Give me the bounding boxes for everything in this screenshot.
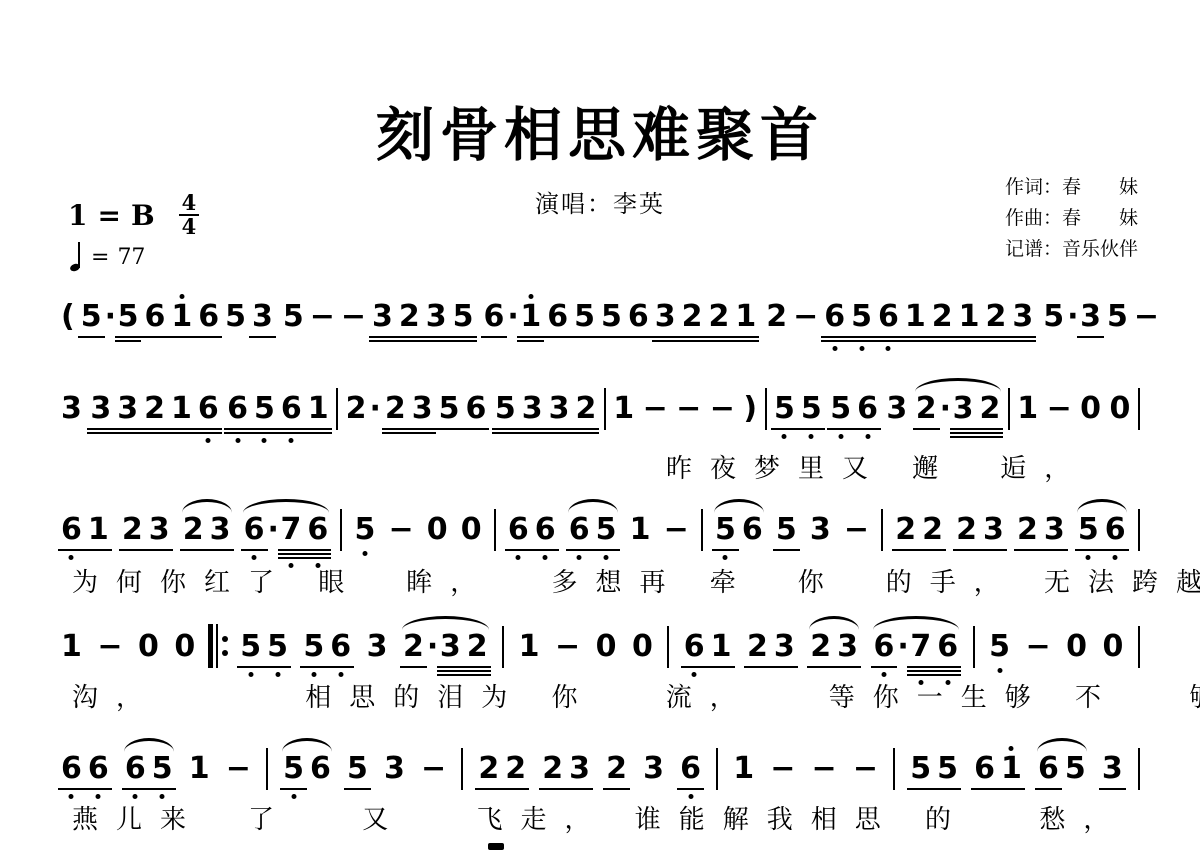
- note-group: −: [1131, 301, 1162, 333]
- octave-dot-below: [1086, 555, 1091, 560]
- octave-dot-below: [262, 438, 267, 443]
- note: 6: [854, 393, 881, 425]
- key-equals: =: [97, 199, 120, 232]
- note-group: −: [790, 301, 821, 333]
- note: −: [1022, 631, 1053, 663]
- note: 0: [1063, 631, 1090, 663]
- note: 6: [58, 753, 85, 785]
- barline: [716, 748, 718, 790]
- note-group: 65: [544, 301, 598, 333]
- music-line-3: 6123236·765−0066651−5653−22232356: [58, 510, 1142, 546]
- lyric-line-1: 昨夜梦里又 邂 逅，: [666, 448, 1088, 485]
- note: 5: [934, 753, 961, 785]
- octave-dot-below: [516, 555, 521, 560]
- note: 2: [929, 301, 956, 333]
- lyric-line-2: 为何你红了 眼 眸， 多想再 牵 你 的手， 无法跨越世俗鸿: [72, 562, 1200, 599]
- note: ): [740, 393, 760, 425]
- note-group: −: [338, 301, 369, 333]
- note: 3: [883, 393, 910, 425]
- octave-dot-below: [859, 346, 864, 351]
- note-group: 0: [593, 631, 620, 663]
- note-group: 56: [827, 393, 881, 425]
- credit-lyricist: 作词：春 妹: [1005, 172, 1138, 203]
- key-letter: B: [131, 199, 155, 232]
- note: 6: [463, 393, 490, 425]
- note: 2: [400, 631, 427, 663]
- lyric-line-4: 燕儿来 了 又 飞走， 谁能解我相思 的 愁， 刻骨相思难 聚: [72, 799, 1200, 836]
- note-group: 3: [249, 301, 276, 333]
- note: 1: [85, 514, 112, 546]
- note-group: 55: [907, 753, 961, 785]
- octave-dot-below: [865, 434, 870, 439]
- note-group: 3: [883, 393, 910, 425]
- note: 6: [677, 753, 704, 785]
- note-group: 2123: [929, 301, 1037, 333]
- slurred-note-group: 56: [1075, 514, 1129, 546]
- note: 5: [848, 301, 875, 333]
- note: −: [223, 753, 254, 785]
- slurred-note-group: 6·76: [241, 514, 332, 546]
- note: 6: [224, 393, 251, 425]
- credits-block: 作词：春 妹 作曲：春 妹 记谱：音乐伙伴: [1005, 172, 1138, 265]
- note: 6: [195, 301, 222, 333]
- note: 2: [679, 301, 706, 333]
- note-group: 3: [807, 514, 834, 546]
- music-line-2: 33321665612·235653321−−−)555632·321−00: [58, 389, 1142, 425]
- note-group: 5: [280, 301, 307, 333]
- note: 2: [953, 514, 980, 546]
- note: 2: [396, 301, 423, 333]
- note-group: 0: [1099, 631, 1126, 663]
- note-group: 56: [598, 301, 652, 333]
- note-group: 0: [135, 631, 162, 663]
- note: 6: [278, 393, 305, 425]
- note: 2: [180, 514, 207, 546]
- music-line-4: 1−00555632·321−006123236·765−00: [58, 627, 1142, 663]
- note-group: −: [673, 393, 704, 425]
- note-group: 3: [381, 753, 408, 785]
- note: 6: [971, 753, 998, 785]
- note: 0: [1107, 393, 1134, 425]
- note: 5: [149, 753, 176, 785]
- note: 6: [871, 631, 898, 663]
- note-group: 23: [744, 631, 798, 663]
- note-group: 23: [119, 514, 173, 546]
- note: 0: [593, 631, 620, 663]
- octave-dot-above: [179, 294, 184, 299]
- note: 5: [907, 753, 934, 785]
- octave-dot-below: [69, 555, 74, 560]
- barline: [1008, 388, 1010, 430]
- note: 3: [950, 393, 977, 425]
- octave-dot-below: [782, 434, 787, 439]
- note: 3: [1077, 301, 1104, 333]
- note: 5: [598, 301, 625, 333]
- note: 1: [516, 631, 543, 663]
- note-group: ): [740, 393, 760, 425]
- octave-dot-below: [577, 555, 582, 560]
- note: −: [94, 631, 125, 663]
- barline: [1138, 509, 1140, 551]
- note-group: 22: [475, 753, 529, 785]
- note-group: 66: [58, 753, 112, 785]
- note-group: −: [841, 514, 872, 546]
- note: 2: [913, 393, 940, 425]
- note: 6: [122, 753, 149, 785]
- lyric-line-3: 沟， 相思的泪为 你 流， 等你一生够 不 够，: [72, 677, 1200, 714]
- barline: [701, 509, 703, 551]
- note-group: 0: [1063, 631, 1090, 663]
- note-group: 5: [773, 514, 800, 546]
- note: 3: [771, 631, 798, 663]
- note: 3: [409, 393, 436, 425]
- note: 3: [364, 631, 391, 663]
- note-group: −: [418, 753, 449, 785]
- octave-dot-below: [362, 551, 367, 556]
- note: 3: [652, 301, 679, 333]
- note: 5: [712, 514, 739, 546]
- note-group: (: [58, 301, 78, 333]
- note: 6: [327, 631, 354, 663]
- note: 2: [919, 514, 946, 546]
- note: 5: [593, 514, 620, 546]
- note: 6: [85, 753, 112, 785]
- note: 2: [475, 753, 502, 785]
- repeat-start-sign: [208, 624, 228, 668]
- barline: [667, 626, 669, 668]
- note: 5: [300, 631, 327, 663]
- note-group: 1: [627, 514, 654, 546]
- note: 7: [907, 631, 934, 663]
- tempo-equals: =: [91, 245, 109, 270]
- note: 6: [195, 393, 222, 425]
- slurred-note-group: 65: [122, 753, 176, 785]
- note: 2: [763, 301, 790, 333]
- augmentation-dot: ·: [268, 514, 278, 546]
- next-line-cutoff-fragment: [488, 843, 504, 850]
- note-group: 0: [1107, 393, 1134, 425]
- note: 1: [627, 514, 654, 546]
- note: 5: [986, 631, 1013, 663]
- note: 3: [207, 514, 234, 546]
- note-group: 33216: [87, 393, 221, 425]
- note-group: 5·5: [78, 301, 142, 333]
- note-group: 0: [1077, 393, 1104, 425]
- barline: [494, 509, 496, 551]
- note: 5: [436, 393, 463, 425]
- credit-notation: 记谱：音乐伙伴: [1005, 234, 1138, 265]
- slurred-note-group: 65: [1035, 753, 1089, 785]
- augmentation-dot: ·: [427, 631, 437, 663]
- note-group: 23: [539, 753, 593, 785]
- music-line-5: 66651−5653−22232361−−−5561653: [58, 749, 1142, 785]
- note: 3: [1099, 753, 1126, 785]
- note: 3: [114, 393, 141, 425]
- note-group: 0: [171, 631, 198, 663]
- note-group: 23: [953, 514, 1007, 546]
- barline: [1138, 626, 1140, 668]
- note: 5: [827, 393, 854, 425]
- slurred-note-group: 23: [807, 631, 861, 663]
- note-group: −: [552, 631, 583, 663]
- note: 5: [280, 753, 307, 785]
- octave-dot-below: [604, 555, 609, 560]
- note-group: 55: [237, 631, 291, 663]
- note: 2: [382, 393, 409, 425]
- note: 6: [1035, 753, 1062, 785]
- quarter-note-icon: [70, 242, 83, 272]
- note: 0: [458, 514, 485, 546]
- octave-dot-below: [543, 555, 548, 560]
- note-group: 3: [1099, 753, 1126, 785]
- note: −: [673, 393, 704, 425]
- note: 3: [437, 631, 464, 663]
- note: 3: [146, 514, 173, 546]
- note: 6: [58, 514, 85, 546]
- note: 1: [998, 753, 1025, 785]
- note: 2: [744, 631, 771, 663]
- barline: [1138, 388, 1140, 430]
- note: 5: [1062, 753, 1089, 785]
- note: 5: [1040, 301, 1067, 333]
- note: 2: [119, 514, 146, 546]
- note: 5: [352, 514, 379, 546]
- note: 5: [78, 301, 105, 333]
- note-group: 1: [516, 631, 543, 663]
- note: 7: [278, 514, 305, 546]
- note: 3: [566, 753, 593, 785]
- note: 1: [168, 393, 195, 425]
- note-group: 61: [141, 301, 195, 333]
- note-group: 1: [730, 753, 757, 785]
- note: 2: [603, 753, 630, 785]
- note: −: [841, 514, 872, 546]
- note-group: −: [640, 393, 671, 425]
- augmentation-dot: ·: [369, 393, 379, 425]
- note-group: 5: [352, 514, 379, 546]
- note: 2: [976, 393, 1003, 425]
- note: 6: [307, 753, 334, 785]
- note-group: 2: [763, 301, 790, 333]
- note-group: 61: [681, 631, 735, 663]
- tempo-marking: = 77: [70, 240, 145, 274]
- octave-dot-below: [832, 346, 837, 351]
- note-group: 61: [58, 514, 112, 546]
- note: 3: [423, 301, 450, 333]
- note: −: [386, 514, 417, 546]
- note: 1: [708, 631, 735, 663]
- note-group: 1: [58, 631, 85, 663]
- octave-dot-below: [1113, 555, 1118, 560]
- tempo-value: 77: [117, 245, 145, 270]
- note: 6: [566, 514, 593, 546]
- note: 6: [625, 301, 652, 333]
- note-group: 55: [771, 393, 825, 425]
- barline: [973, 626, 975, 668]
- note: 5: [571, 301, 598, 333]
- note: 1: [902, 301, 929, 333]
- octave-dot-below: [809, 434, 814, 439]
- note: 5: [773, 514, 800, 546]
- note: 0: [629, 631, 656, 663]
- note-group: 5: [344, 753, 371, 785]
- barline: [502, 626, 504, 668]
- note: 3: [519, 393, 546, 425]
- note: 2: [892, 514, 919, 546]
- note-group: −: [94, 631, 125, 663]
- time-signature-numerator: 4: [179, 192, 200, 216]
- note: −: [1131, 301, 1162, 333]
- note: 2: [141, 393, 168, 425]
- note: 6: [681, 631, 708, 663]
- note: 3: [1009, 301, 1036, 333]
- note-group: 0: [629, 631, 656, 663]
- note-group: 5: [1104, 301, 1131, 333]
- note: −: [707, 393, 738, 425]
- note: (: [58, 301, 78, 333]
- note: 2: [807, 631, 834, 663]
- note: 6: [544, 301, 571, 333]
- note-group: −: [809, 753, 840, 785]
- barline: [765, 388, 767, 430]
- augmentation-dot: ·: [1067, 301, 1077, 333]
- note: −: [1044, 393, 1075, 425]
- note: 1: [58, 631, 85, 663]
- note: 5: [450, 301, 477, 333]
- barline: [340, 509, 342, 551]
- slurred-note-group: 23: [180, 514, 234, 546]
- note: 1: [732, 301, 759, 333]
- augmentation-dot: ·: [507, 301, 517, 333]
- barline: [266, 748, 268, 790]
- note: 1: [956, 301, 983, 333]
- key-signature: 1=B 4 4: [68, 192, 199, 238]
- note: 5: [264, 631, 291, 663]
- barline: [461, 748, 463, 790]
- note: 6: [141, 301, 168, 333]
- note: 6: [739, 514, 766, 546]
- note-group: 1: [1014, 393, 1041, 425]
- octave-dot-above: [528, 294, 533, 299]
- note: 5: [222, 301, 249, 333]
- note: 3: [381, 753, 408, 785]
- note: 3: [807, 514, 834, 546]
- note: 3: [980, 514, 1007, 546]
- octave-dot-below: [252, 555, 257, 560]
- note-group: 0: [424, 514, 451, 546]
- note: 2: [539, 753, 566, 785]
- note: 1: [610, 393, 637, 425]
- note: 5: [237, 631, 264, 663]
- note: 5: [115, 301, 142, 333]
- note-group: −: [767, 753, 798, 785]
- note: 2: [343, 393, 370, 425]
- credit-composer: 作曲：春 妹: [1005, 203, 1138, 234]
- octave-dot-below: [997, 668, 1002, 673]
- time-signature-denominator: 4: [182, 216, 197, 238]
- barline: [881, 509, 883, 551]
- note: 5: [1104, 301, 1131, 333]
- note: −: [790, 301, 821, 333]
- slurred-note-group: 2·32: [913, 393, 1004, 425]
- note: 0: [135, 631, 162, 663]
- note: 6: [505, 514, 532, 546]
- note: 2: [1014, 514, 1041, 546]
- note: 1: [517, 301, 544, 333]
- note: 0: [1099, 631, 1126, 663]
- sheet-music-page: 刻骨相思难聚首 演唱：李英 作词：春 妹 作曲：春 妹 记谱：音乐伙伴 1=B …: [0, 0, 1200, 850]
- note: 3: [58, 393, 85, 425]
- note: 5: [280, 301, 307, 333]
- note-group: −: [223, 753, 254, 785]
- note: 5: [251, 393, 278, 425]
- key-tonic: 1: [68, 199, 87, 232]
- note: 5: [771, 393, 798, 425]
- note: 6: [532, 514, 559, 546]
- barline: [1138, 748, 1140, 790]
- note-group: −: [307, 301, 338, 333]
- note: 6: [821, 301, 848, 333]
- note-group: 6·1: [481, 301, 545, 333]
- note: 5: [344, 753, 371, 785]
- note-group: 6561: [224, 393, 332, 425]
- octave-dot-below: [206, 438, 211, 443]
- note: −: [640, 393, 671, 425]
- note-group: 3: [364, 631, 391, 663]
- octave-dot-below: [886, 346, 891, 351]
- note: 6: [1102, 514, 1129, 546]
- barline: [893, 748, 895, 790]
- note-group: 5: [986, 631, 1013, 663]
- augmentation-dot: ·: [105, 301, 115, 333]
- note-group: 65: [195, 301, 249, 333]
- note-group: 3: [640, 753, 667, 785]
- slurred-note-group: 56: [712, 514, 766, 546]
- note-group: 61: [971, 753, 1025, 785]
- note-group: 2: [603, 753, 630, 785]
- note: 1: [730, 753, 757, 785]
- note: 2: [464, 631, 491, 663]
- barline: [336, 388, 338, 430]
- note: 3: [1041, 514, 1068, 546]
- note-group: 2356: [382, 393, 490, 425]
- note: 1: [168, 301, 195, 333]
- note: 0: [424, 514, 451, 546]
- note: −: [418, 753, 449, 785]
- note-group: 56: [300, 631, 354, 663]
- note: −: [661, 514, 692, 546]
- note: −: [767, 753, 798, 785]
- note: 2: [572, 393, 599, 425]
- note-group: 3: [58, 393, 85, 425]
- octave-dot-above: [1009, 746, 1014, 751]
- note: 1: [1014, 393, 1041, 425]
- note: 3: [369, 301, 396, 333]
- note: 5: [798, 393, 825, 425]
- octave-dot-below: [838, 434, 843, 439]
- octave-dot-below: [723, 555, 728, 560]
- note-group: 5332: [492, 393, 600, 425]
- note-group: −: [1022, 631, 1053, 663]
- note-group: 3: [1077, 301, 1104, 333]
- note-group: 1: [186, 753, 213, 785]
- note: 3: [249, 301, 276, 333]
- note: 2: [502, 753, 529, 785]
- note: 5: [1075, 514, 1102, 546]
- note-group: 22: [892, 514, 946, 546]
- note: 5: [492, 393, 519, 425]
- note: 3: [87, 393, 114, 425]
